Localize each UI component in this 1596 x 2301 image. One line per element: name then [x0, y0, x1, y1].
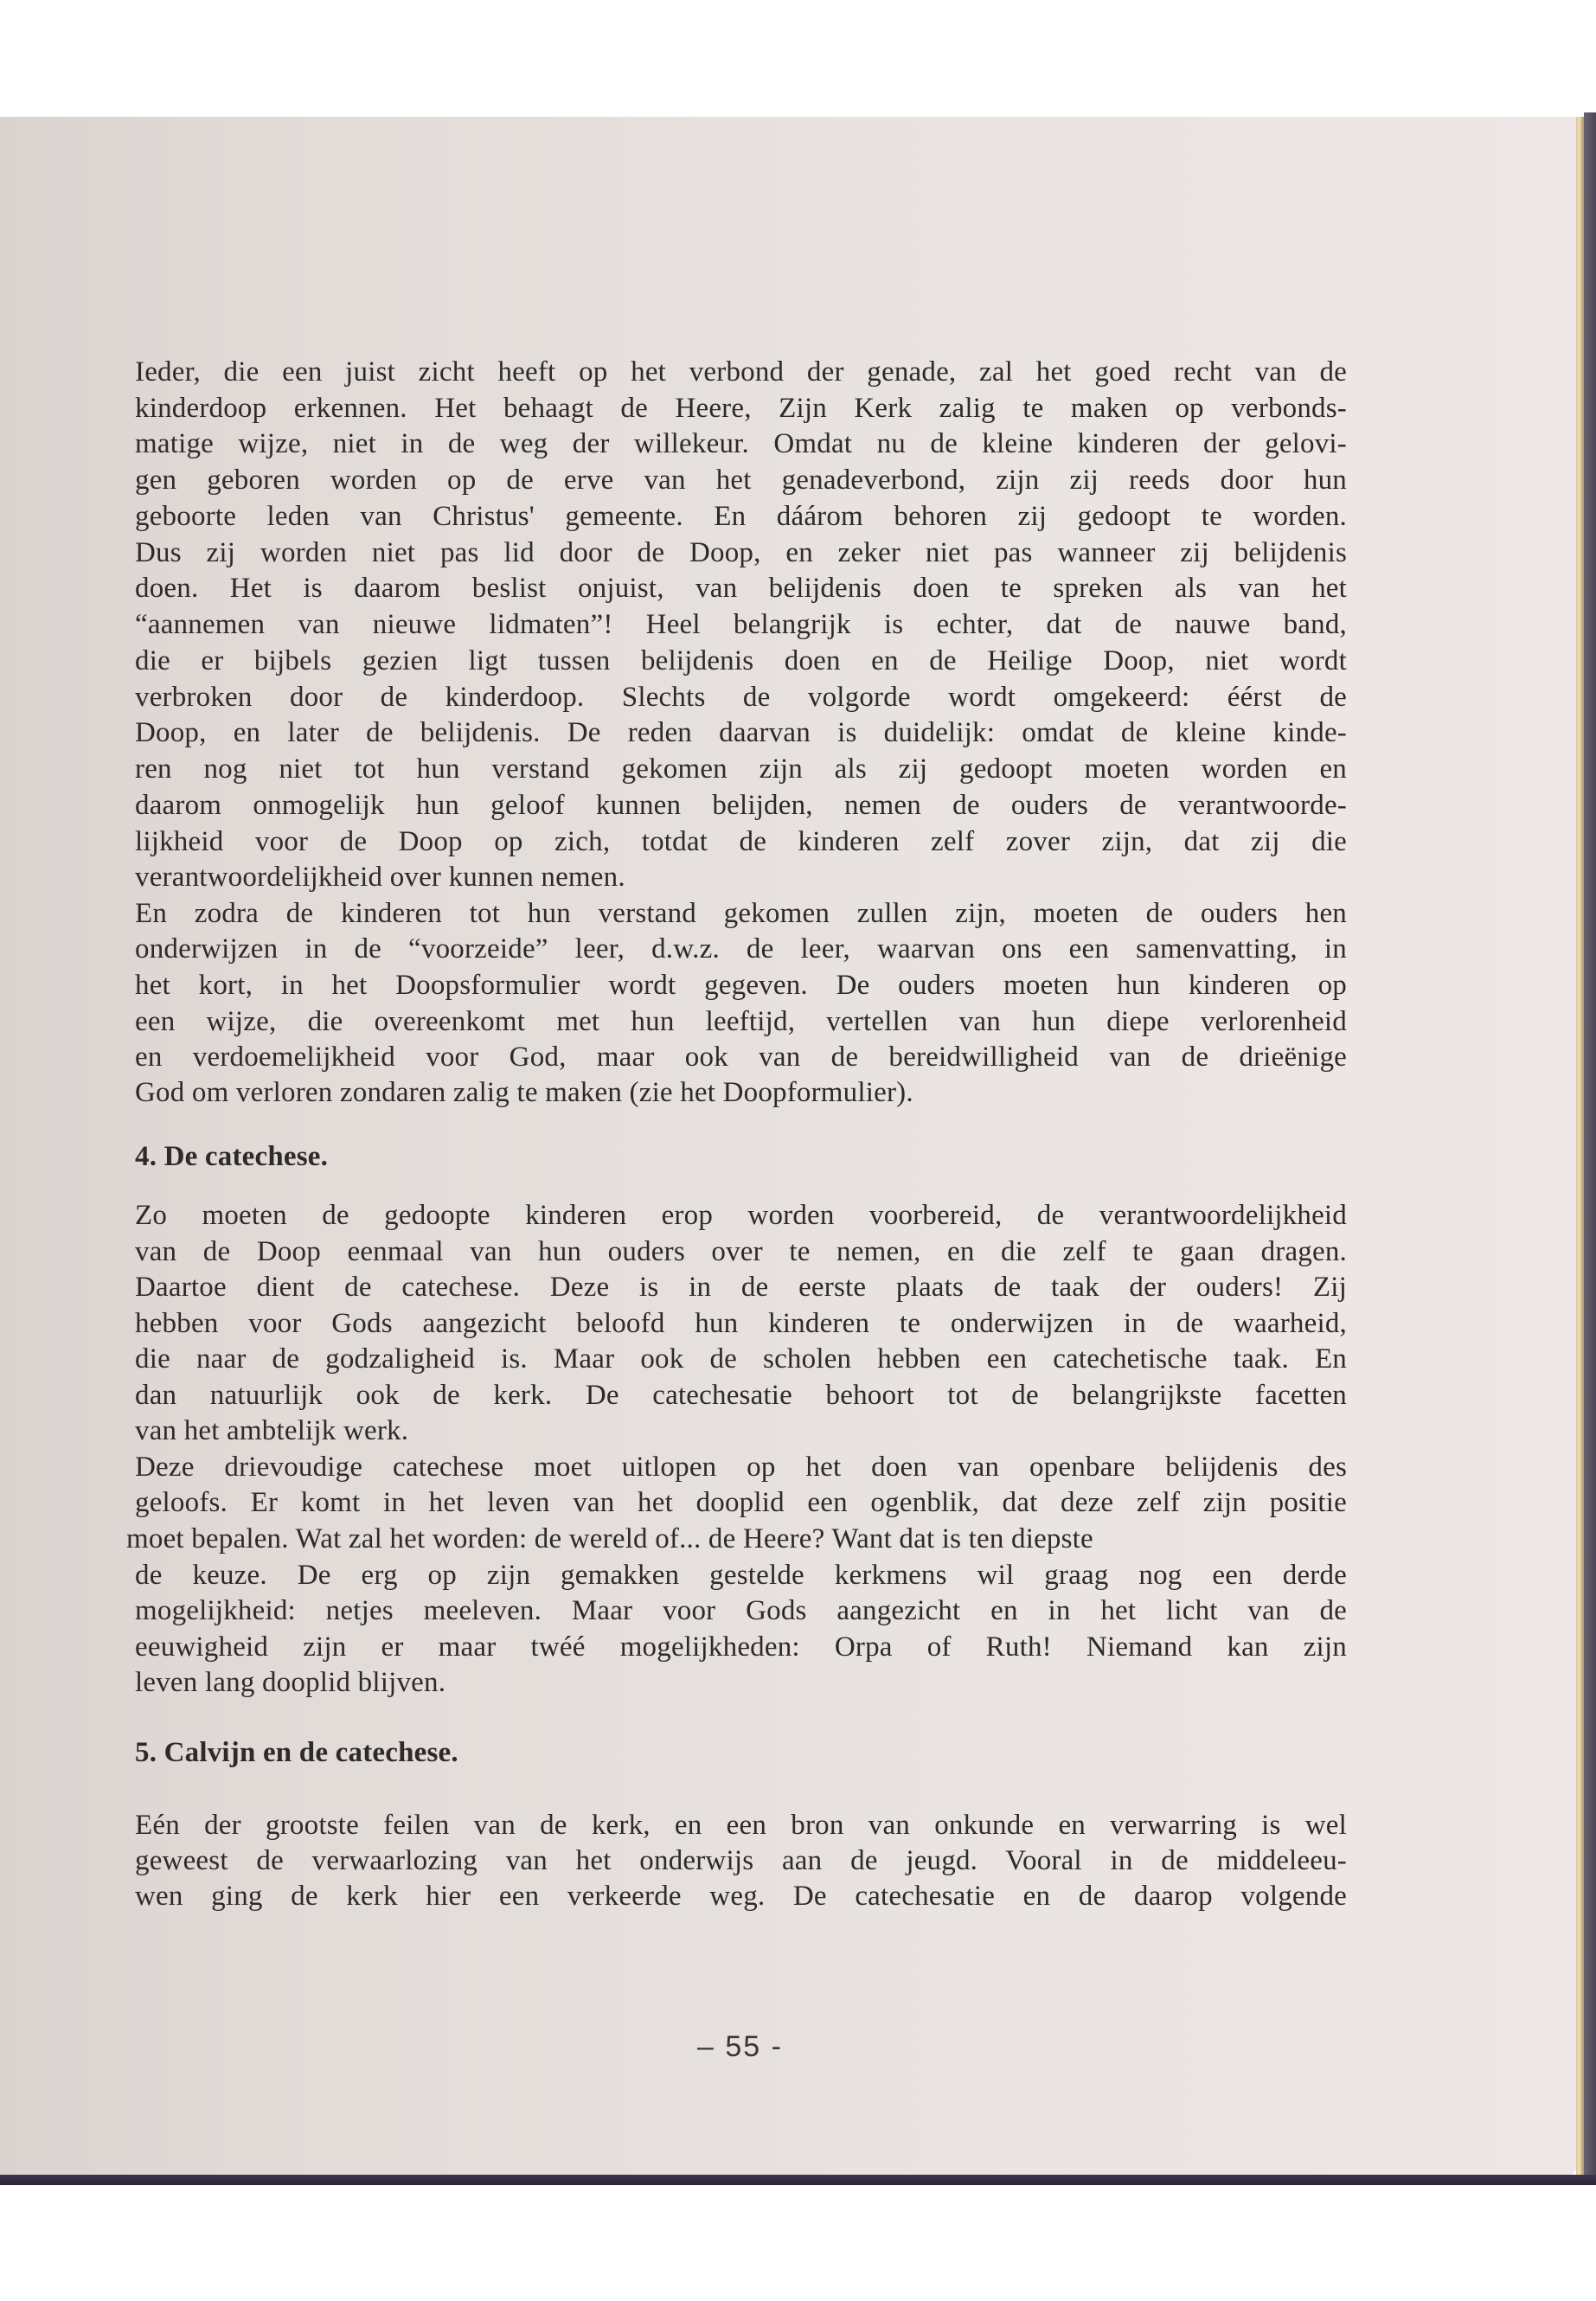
text-line: daarom onmogelijk hun geloof kunnen beli…	[135, 787, 1347, 824]
text-line: die er bijbels gezien ligt tussen belijd…	[135, 643, 1347, 679]
text-line: leven lang dooplid blijven.	[135, 1664, 1347, 1701]
text-line: matige wijze, niet in de weg der willeke…	[135, 426, 1347, 462]
text-line: geweest de verwaarlozing van het onderwi…	[135, 1843, 1347, 1879]
text-line: een wijze, die overeenkomt met hun leeft…	[135, 1003, 1347, 1040]
book-cover-edge-right	[1584, 112, 1596, 2184]
text-line: verbroken door de kinderdoop. Slechts de…	[135, 679, 1347, 715]
book-cover-edge-bottom	[0, 2175, 1596, 2185]
text-line: mogelijkheid: netjes meeleven. Maar voor…	[135, 1593, 1347, 1629]
section-heading-4: 4. De catechese.	[135, 1138, 328, 1175]
text-line: geloofs. Er komt in het leven van het do…	[135, 1484, 1347, 1521]
text-line: Dus zij worden niet pas lid door de Doop…	[135, 535, 1347, 571]
text-line: die naar de godzaligheid is. Maar ook de…	[135, 1341, 1347, 1377]
text-line: onderwijzen in de “voorzeide” leer, d.w.…	[135, 931, 1347, 967]
text-line: doen. Het is daarom beslist onjuist, van…	[135, 570, 1347, 606]
text-line: verantwoordelijkheid over kunnen nemen.	[135, 859, 1347, 895]
text-line: en verdoemelijkheid voor God, maar ook v…	[135, 1039, 1347, 1075]
text-line: Deze drievoudige catechese moet uitlopen…	[135, 1449, 1347, 1485]
text-line: eeuwigheid zijn er maar twéé mogelijkhed…	[135, 1629, 1347, 1665]
text-line: ren nog niet tot hun verstand gekomen zi…	[135, 751, 1347, 787]
text-line: Zo moeten de gedoopte kinderen erop word…	[135, 1197, 1347, 1234]
text-line: wen ging de kerk hier een verkeerde weg.…	[135, 1878, 1347, 1914]
text-line: van het ambtelijk werk.	[135, 1413, 1347, 1449]
text-line: Daartoe dient de catechese. Deze is in d…	[135, 1269, 1347, 1305]
text-line: het kort, in het Doopsformulier wordt ge…	[135, 967, 1347, 1003]
text-line: geboorte leden van Christus' gemeente. E…	[135, 498, 1347, 535]
text-line: Ieder, die een juist zicht heeft op het …	[135, 354, 1347, 390]
text-line: de keuze. De erg op zijn gemakken gestel…	[135, 1557, 1347, 1593]
text-line: “aannemen van nieuwe lidmaten”! Heel bel…	[135, 606, 1347, 643]
text-line: gen geboren worden op de erve van het ge…	[135, 462, 1347, 498]
text-line: Eén der grootste feilen van de kerk, en …	[135, 1807, 1347, 1843]
text-line: hebben voor Gods aangezicht beloofd hun …	[135, 1305, 1347, 1342]
text-line: van de Doop eenmaal van hun ouders over …	[135, 1234, 1347, 1270]
text-line: Doop, en later de belijdenis. De reden d…	[135, 715, 1347, 751]
text-line: En zodra de kinderen tot hun verstand ge…	[135, 895, 1347, 932]
text-line: lijkheid voor de Doop op zich, totdat de…	[135, 824, 1347, 860]
page-number: – 55 -	[697, 2030, 870, 2064]
page-stack-edge	[1576, 117, 1584, 2180]
text-line: kinderdoop erkennen. Het behaagt de Heer…	[135, 390, 1347, 426]
text-line: moet bepalen. Wat zal het worden: de wer…	[126, 1521, 1330, 1557]
section-heading-5: 5. Calvijn en de catechese.	[135, 1734, 458, 1771]
text-line: dan natuurlijk ook de kerk. De catechesa…	[135, 1377, 1347, 1413]
text-line: God om verloren zondaren zalig te maken …	[135, 1074, 1347, 1111]
